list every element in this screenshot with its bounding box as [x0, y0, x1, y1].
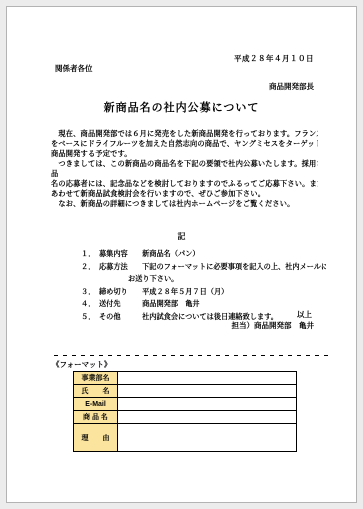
date-line: 平成２８年４月１０日	[234, 53, 314, 64]
list-item-3: ３． 締め切り 平成２８年５月７日（月）	[81, 286, 326, 299]
row-value-department[interactable]	[118, 372, 297, 385]
table-row: E-Mail	[74, 398, 297, 411]
body-paragraphs: 現在、商品開発部では６月に発売をした新商品開発を行っております。フランスパン を…	[51, 129, 318, 209]
body-line: なお、新商品の詳細につきましては社内ホームページをご覧ください。	[51, 199, 318, 209]
row-value-email[interactable]	[118, 398, 297, 411]
row-label-department: 事業部名	[74, 372, 118, 385]
row-label-name: 氏 名	[74, 385, 118, 398]
closing-tantou: 担当）商品開発部 亀井	[232, 320, 315, 331]
document-title: 新商品名の社内公募について	[7, 99, 356, 115]
table-row: 氏 名	[74, 385, 297, 398]
list-item-2-continued: お送り下さい。	[81, 273, 326, 286]
table-row: 商 品 名	[74, 411, 297, 424]
document-canvas: 平成２８年４月１０日 関係者各位 商品開発部長 新商品名の社内公募について 現在…	[0, 0, 363, 509]
record-marker: 記	[7, 231, 356, 242]
list-item-1: １． 募集内容 新商品名（パン）	[81, 248, 326, 261]
format-heading: 《フォーマット》	[52, 359, 111, 370]
closing-ijou: 以上	[297, 309, 312, 320]
row-label-reason: 理 由	[74, 424, 118, 452]
document-page: 平成２８年４月１０日 関係者各位 商品開発部長 新商品名の社内公募について 現在…	[6, 6, 357, 503]
row-value-name[interactable]	[118, 385, 297, 398]
recipient-line: 関係者各位	[55, 63, 93, 74]
row-value-product-name[interactable]	[118, 411, 297, 424]
body-line: 商品開発する予定です。	[51, 149, 318, 159]
body-line: をベースにドライフルーツを加えた自然志向の商品で、ヤングミセスをターゲットとして	[51, 139, 318, 149]
row-label-email: E-Mail	[74, 398, 118, 411]
row-value-reason[interactable]	[118, 424, 297, 452]
row-label-product-name: 商 品 名	[74, 411, 118, 424]
numbered-list: １． 募集内容 新商品名（パン） ２． 応募方法 下記のフォーマットに必要事項を…	[81, 248, 326, 323]
body-line: 現在、商品開発部では６月に発売をした新商品開発を行っております。フランスパン	[51, 129, 318, 139]
sender-line: 商品開発部長	[269, 81, 314, 92]
list-item-2: ２． 応募方法 下記のフォーマットに必要事項を記入の上、社内メールにて	[81, 261, 326, 274]
table-row: 事業部名	[74, 372, 297, 385]
table-row: 理 由	[74, 424, 297, 452]
body-line: つきましては、この新商品の商品名を下記の要領で社内公募いたします。採用された商	[51, 159, 318, 169]
body-line: あわせて新商品試食検討会を行いますので、ぜひご参加下さい。	[51, 189, 318, 199]
body-line: 名の応募者には、記念品などを検討しておりますのでふるってご応募下さい。また、それ…	[51, 179, 318, 189]
list-item-4: ４． 送付先 商品開発部 亀井	[81, 298, 326, 311]
format-table: 事業部名 氏 名 E-Mail 商 品 名 理 由	[73, 371, 297, 452]
body-line: 品	[51, 169, 318, 179]
cut-dashed-line	[54, 355, 330, 356]
